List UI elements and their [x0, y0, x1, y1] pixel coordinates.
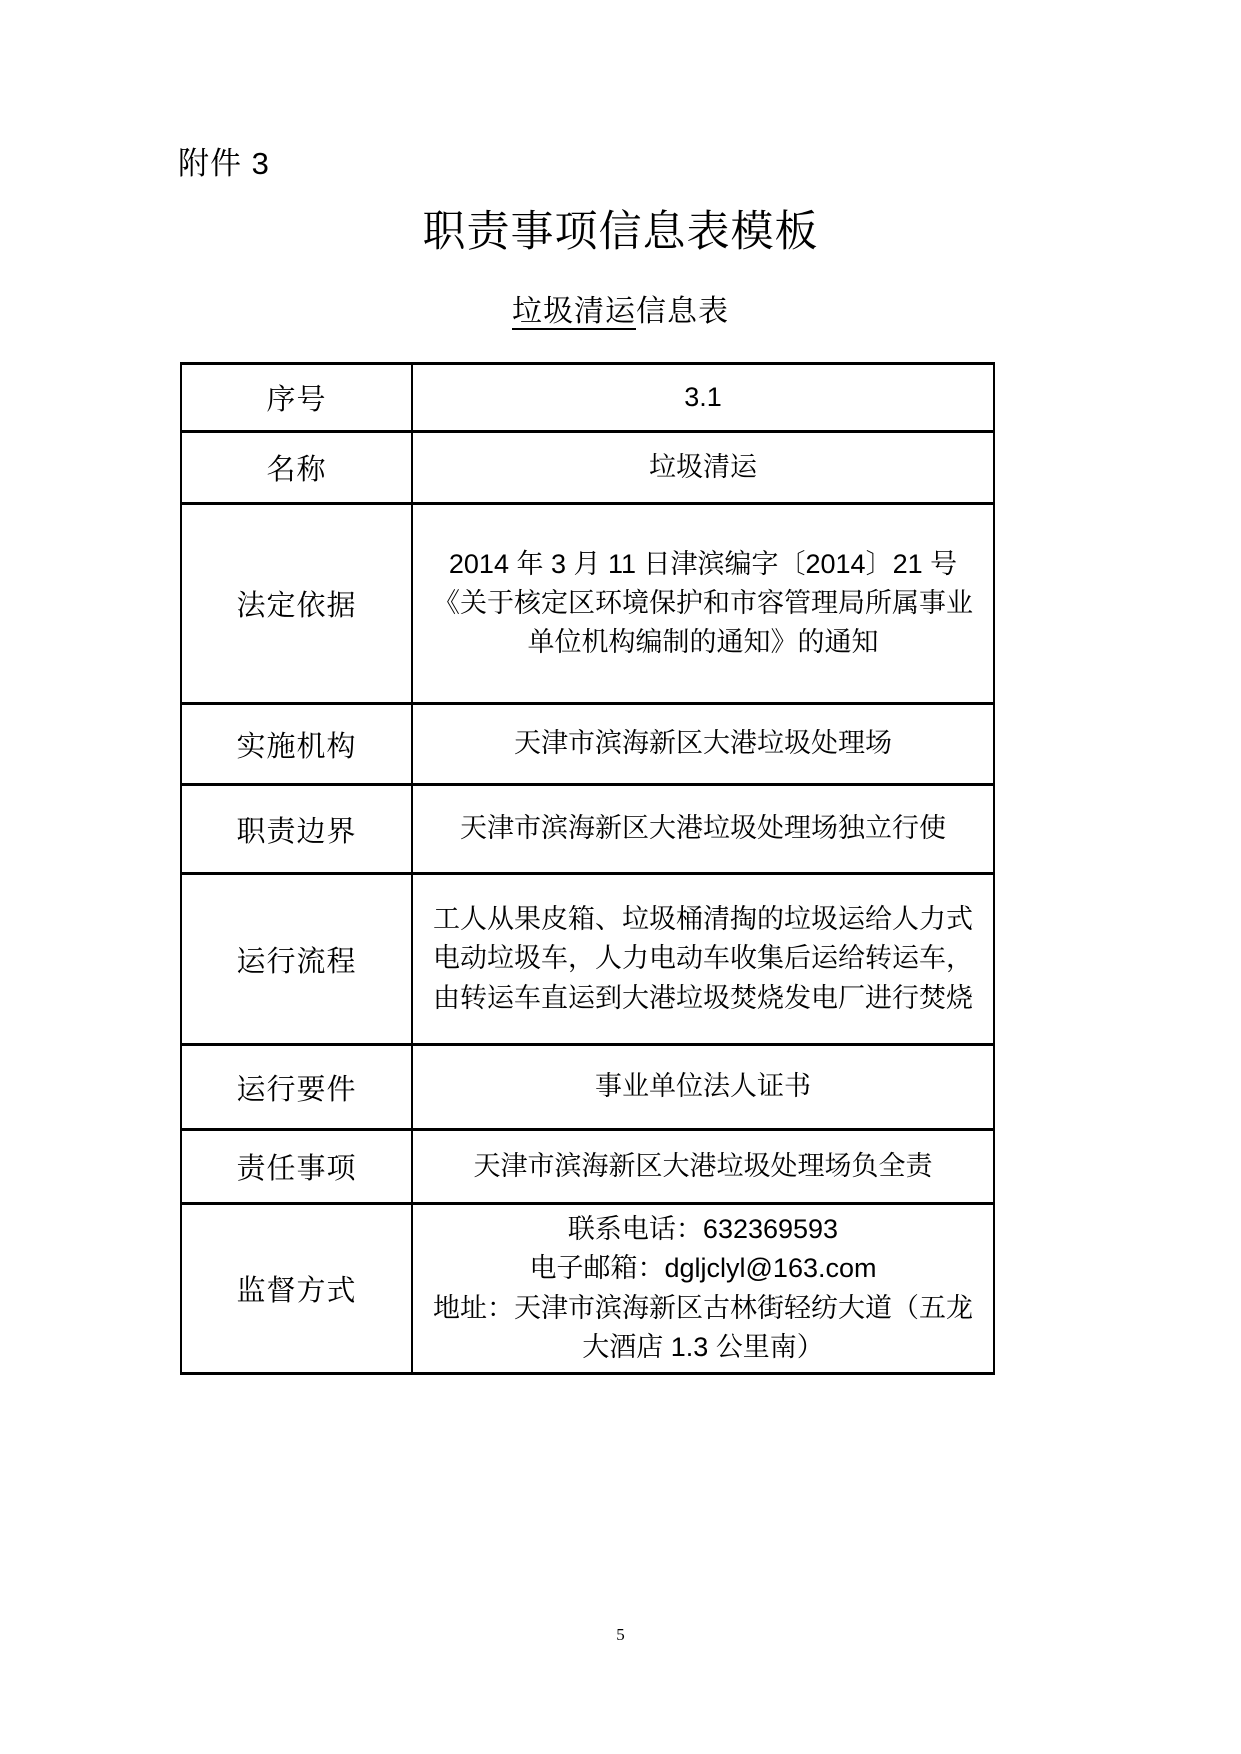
row-label-supervision-method: 监督方式: [181, 1204, 412, 1374]
row-value-name: 垃圾清运: [412, 432, 994, 504]
row-label-legal-basis: 法定依据: [181, 504, 412, 704]
row-value-responsibility-matters: 天津市滨海新区大港垃圾处理场负全责: [412, 1130, 994, 1204]
table-row: 运行要件 事业单位法人证书: [181, 1045, 994, 1130]
table-subtitle: 垃圾清运信息表: [0, 286, 1241, 330]
page-title: 职责事项信息表模板: [0, 198, 1241, 259]
row-label-responsibility-matters: 责任事项: [181, 1130, 412, 1204]
supervision-address-line: 地址：天津市滨海新区古林街轻纺大道（五龙大酒店 1.3 公里南）: [425, 1289, 981, 1367]
table-row: 法定依据 2014 年 3 月 11 日津滨编字〔2014〕21 号《关于核定区…: [181, 504, 994, 704]
supervision-email-line: 电子邮箱：dgljclyl@163.com: [425, 1249, 981, 1288]
table-row: 责任事项 天津市滨海新区大港垃圾处理场负全责: [181, 1130, 994, 1204]
row-label-operation-requirements: 运行要件: [181, 1045, 412, 1130]
subtitle-rest-text: 信息表: [636, 295, 729, 328]
row-label-operation-process: 运行流程: [181, 874, 412, 1045]
table-row: 运行流程 工人从果皮箱、垃圾桶清掏的垃圾运给人力式电动垃圾车，人力电动车收集后运…: [181, 874, 994, 1045]
row-value-duty-boundary: 天津市滨海新区大港垃圾处理场独立行使: [412, 785, 994, 874]
table-row: 实施机构 天津市滨海新区大港垃圾处理场: [181, 704, 994, 785]
table-row: 名称 垃圾清运: [181, 432, 994, 504]
document-page: 附件 3 职责事项信息表模板 垃圾清运信息表 序号 3.1 名称 垃圾清运 法定…: [0, 0, 1241, 1754]
supervision-phone-line: 联系电话：632369593: [425, 1210, 981, 1249]
table-row: 职责边界 天津市滨海新区大港垃圾处理场独立行使: [181, 785, 994, 874]
row-value-operation-requirements: 事业单位法人证书: [412, 1045, 994, 1130]
page-number: 5: [0, 1625, 1241, 1645]
row-value-supervision-method: 联系电话：632369593 电子邮箱：dgljclyl@163.com 地址：…: [412, 1204, 994, 1374]
row-label-duty-boundary: 职责边界: [181, 785, 412, 874]
row-label-implementing-agency: 实施机构: [181, 704, 412, 785]
row-label-name: 名称: [181, 432, 412, 504]
row-label-serial-number: 序号: [181, 364, 412, 432]
attachment-label: 附件 3: [178, 138, 270, 183]
table-row: 监督方式 联系电话：632369593 电子邮箱：dgljclyl@163.co…: [181, 1204, 994, 1374]
row-value-operation-process: 工人从果皮箱、垃圾桶清掏的垃圾运给人力式电动垃圾车，人力电动车收集后运给转运车，…: [412, 874, 994, 1045]
info-table: 序号 3.1 名称 垃圾清运 法定依据 2014 年 3 月 11 日津滨编字〔…: [180, 362, 995, 1375]
row-value-serial-number: 3.1: [412, 364, 994, 432]
table-row: 序号 3.1: [181, 364, 994, 432]
row-value-implementing-agency: 天津市滨海新区大港垃圾处理场: [412, 704, 994, 785]
subtitle-underlined-text: 垃圾清运: [512, 295, 636, 328]
row-value-legal-basis: 2014 年 3 月 11 日津滨编字〔2014〕21 号《关于核定区环境保护和…: [412, 504, 994, 704]
